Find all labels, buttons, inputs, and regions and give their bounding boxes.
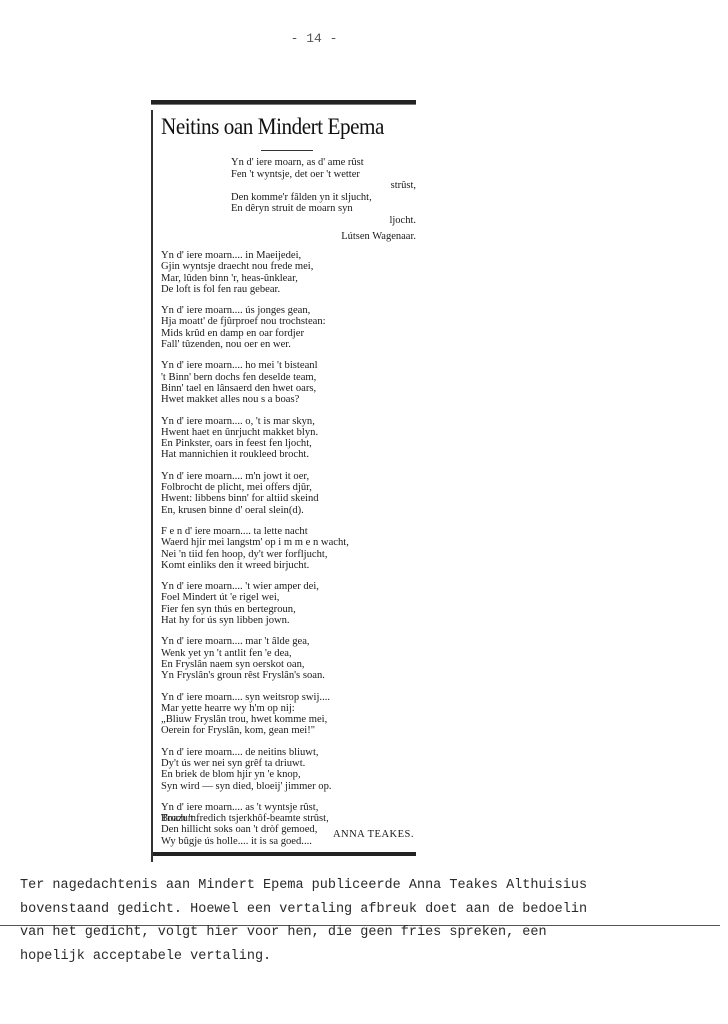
epigraph-line: Yn d' iere moarn, as d' ame rûst: [231, 157, 416, 169]
epigraph-line: Den komme'r fâlden yn it sljucht,: [231, 192, 416, 204]
epigraph-line: ljocht.: [231, 215, 416, 227]
verse-line: Yn d' iere moarn.... syn weitsrop swij..…: [161, 692, 421, 703]
stanza: Yn d' iere moarn.... in Maeijedei, Gjin …: [161, 250, 421, 295]
stanza: F e n d' iere moarn.... ta lette nacht W…: [161, 526, 421, 571]
stanza: Yn d' iere moarn.... o, 't is mar skyn, …: [161, 416, 421, 461]
verse-line: Troch 't fredich tsjerkhôf-beamte strûst…: [161, 813, 421, 824]
verse-line: Foel Mindert út 'e rigel wei,: [161, 592, 421, 603]
verse-line: Nei 'n tiid fen hoop, dy't wer forfljuch…: [161, 549, 421, 560]
verse-line: Yn d' iere moarn.... de neitins bliuwt,: [161, 747, 421, 758]
verse-line: Yn d' iere moarn.... in Maeijedei,: [161, 250, 421, 261]
verse-line: Yn d' iere moarn.... mar 't âlde gea,: [161, 636, 421, 647]
verse-line: 't Binn' bern dochs fen deselde team,: [161, 372, 421, 383]
verse-line: De loft is fol fen rau gebear.: [161, 284, 421, 295]
stanza: Yn d' iere moarn.... syn weitsrop swij..…: [161, 692, 421, 737]
stanza: Yn d' iere moarn.... de neitins bliuwt, …: [161, 747, 421, 792]
verse-line: Wenk yet yn 't antlit fen 'e dea,: [161, 648, 421, 659]
verse-line: F e n d' iere moarn.... ta lette nacht: [161, 526, 421, 537]
poem-signature: ANNA TEAKES.: [333, 829, 414, 840]
verse-line: En Pinkster, oars in feest fen ljocht,: [161, 438, 421, 449]
verse-line: Yn d' iere moarn.... ho mei 't bisteanl: [161, 360, 421, 371]
verse-line: En Fryslân naem syn oerskot oan,: [161, 659, 421, 670]
epigraph-line: Fen 't wyntsje, det oer 't wetter: [231, 169, 416, 181]
commentary-line: van het gedicht, volgt hier voor hen, di…: [20, 921, 710, 945]
verse-line: Hwent haet en ûnrjucht makket blyn.: [161, 427, 421, 438]
verse-line: Binn' tael en lânsaerd den hwet oars,: [161, 383, 421, 394]
page-number: - 14 -: [0, 31, 628, 46]
verse-line: Hwent: libbens binn' for altiid skeind: [161, 493, 421, 504]
verse-line: Yn d' iere moarn.... as 't wyntsje rûst,: [161, 802, 421, 813]
stanza: Yn d' iere moarn.... mar 't âlde gea, We…: [161, 636, 421, 681]
verse-line: Fier fen syn thús en bertegroun,: [161, 604, 421, 615]
title-divider: [261, 150, 313, 151]
verse-line: Yn d' iere moarn.... o, 't is mar skyn,: [161, 416, 421, 427]
verse-line: Mar yette hearre wy h'm op nij:: [161, 703, 421, 714]
clipping-top-rule: [151, 100, 416, 105]
verse-line: Hwet makket alles nou s a boas?: [161, 394, 421, 405]
stanza: Yn d' iere moarn.... ús jonges gean, Hja…: [161, 305, 421, 350]
verse-line: Dy't ús wer nei syn grêf ta driuwt.: [161, 758, 421, 769]
verse-line: Oerein for Fryslân, kom, gean mei!": [161, 725, 421, 736]
commentary-line: bovenstaand gedicht. Hoewel een vertalin…: [20, 898, 710, 922]
verse-line: Yn d' iere moarn.... m'n jowt it oer,: [161, 471, 421, 482]
verse-line: Waerd hjir mei langstm' op i m m e n wac…: [161, 537, 421, 548]
stanza: Yn d' iere moarn.... as 't wyntsje rûst,…: [161, 802, 421, 847]
verse-line: Komt einliks den it wreed birjucht.: [161, 560, 421, 571]
clipping-bottom-rule: [153, 852, 416, 856]
stanza: Yn d' iere moarn.... 't wier amper dei, …: [161, 581, 421, 626]
clipping-left-rule: [151, 110, 153, 862]
verse-line: Hat hy for ús syn libben jown.: [161, 615, 421, 626]
commentary-line: hopelijk acceptabele vertaling.: [20, 945, 710, 969]
verse-line: En briek de blom hjir yn 'e knop,: [161, 769, 421, 780]
verse-line: Folbrocht de plicht, mei offers djûr,: [161, 482, 421, 493]
verse-line: „Bliuw Fryslân trou, hwet komme mei,: [161, 714, 421, 725]
stanza: Yn d' iere moarn.... ho mei 't bisteanl …: [161, 360, 421, 405]
typed-commentary: Ter nagedachtenis aan Mindert Epema publ…: [20, 874, 710, 968]
verse-line: Fall' tûzenden, nou oer en wer.: [161, 339, 421, 350]
epigraph-line: strûst,: [231, 180, 416, 192]
verse-line: Yn Fryslân's groun rêst Fryslân's soan.: [161, 670, 421, 681]
verse-line: Hat mannichien it roukleed brocht.: [161, 449, 421, 460]
verse-line: Syn wird — syn died, bloeij' jimmer op.: [161, 781, 421, 792]
epigraph-author: Lútsen Wagenaar.: [231, 231, 416, 243]
poem-place: Boazum.: [161, 813, 199, 824]
poem-body: Yn d' iere moarn.... in Maeijedei, Gjin …: [161, 250, 421, 857]
commentary-line: Ter nagedachtenis aan Mindert Epema publ…: [20, 874, 710, 898]
newspaper-clipping: Neitins oan Mindert Epema Yn d' iere moa…: [151, 100, 416, 855]
verse-line: Hja moatt' de fjûrproef nou trochstean:: [161, 316, 421, 327]
poem-title: Neitins oan Mindert Epema: [161, 114, 396, 140]
epigraph: Yn d' iere moarn, as d' ame rûst Fen 't …: [231, 157, 416, 243]
verse-line: Mar, lûden binn 'r, heas-ûnklear,: [161, 273, 421, 284]
epigraph-line: En dêryn struit de moarn syn: [231, 203, 416, 215]
stanza: Yn d' iere moarn.... m'n jowt it oer, Fo…: [161, 471, 421, 516]
verse-line: Yn d' iere moarn.... ús jonges gean,: [161, 305, 421, 316]
verse-line: Mids krûd en damp en oar fordjer: [161, 328, 421, 339]
verse-line: En, krusen binne d' oeral slein(d).: [161, 505, 421, 516]
verse-line: Yn d' iere moarn.... 't wier amper dei,: [161, 581, 421, 592]
verse-line: Gjin wyntsje draecht nou frede mei,: [161, 261, 421, 272]
